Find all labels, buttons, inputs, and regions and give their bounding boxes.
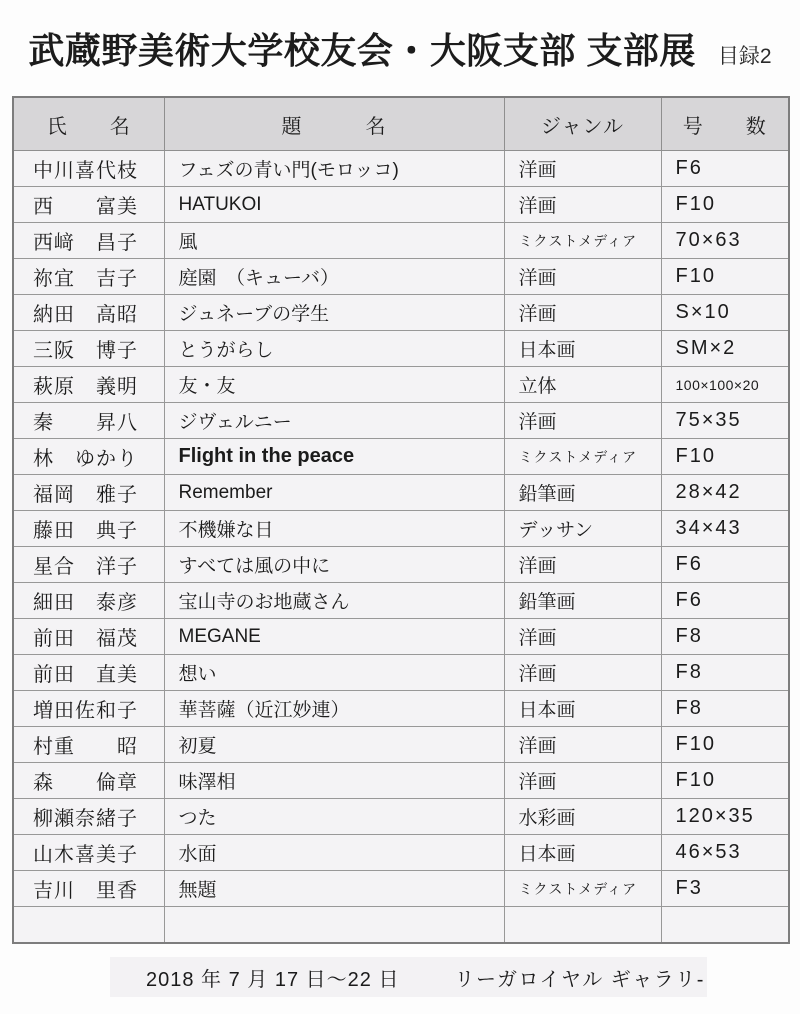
name-cell: 西 富美: [13, 187, 164, 223]
size-cell: F3: [661, 871, 789, 907]
genre-cell: 日本画: [504, 691, 661, 727]
size-cell: F8: [661, 619, 789, 655]
genre-cell: [504, 907, 661, 944]
title-cell: すべては風の中に: [164, 547, 504, 583]
table-row: 萩原 義明友・友立体100×100×20: [13, 367, 789, 403]
title-cell: ジヴェルニー: [164, 403, 504, 439]
name-cell: 中川喜代枝: [13, 151, 164, 187]
genre-cell: 洋画: [504, 187, 661, 223]
size-cell: F6: [661, 547, 789, 583]
table-row: 増田佐和子華菩薩（近江妙連）日本画F8: [13, 691, 789, 727]
name-cell: 前田 直美: [13, 655, 164, 691]
name-cell: [13, 907, 164, 944]
name-cell: 森 倫章: [13, 763, 164, 799]
title-cell: Remember: [164, 475, 504, 511]
title-cell: とうがらし: [164, 331, 504, 367]
title-cell: 不機嫌な日: [164, 511, 504, 547]
document-heading: 武蔵野美術大学校友会・大阪支部 支部展 目録2: [0, 0, 800, 75]
genre-cell: ミクストメディア: [504, 223, 661, 259]
title-cell: 水面: [164, 835, 504, 871]
size-cell: 120×35: [661, 799, 789, 835]
table-row: 吉川 里香無題ミクストメディアF3: [13, 871, 789, 907]
column-header-title: 題 名: [164, 97, 504, 151]
name-cell: 西﨑 昌子: [13, 223, 164, 259]
title-cell: 想い: [164, 655, 504, 691]
title-cell: 初夏: [164, 727, 504, 763]
title-cell: HATUKOI: [164, 187, 504, 223]
name-cell: 吉川 里香: [13, 871, 164, 907]
title-cell: 庭園 （キューバ）: [164, 259, 504, 295]
page-title: 武蔵野美術大学校友会・大阪支部 支部展: [28, 28, 696, 75]
title-cell: ジュネーブの学生: [164, 295, 504, 331]
name-cell: 前田 福茂: [13, 619, 164, 655]
size-cell: 28×42: [661, 475, 789, 511]
table-row: [13, 907, 789, 944]
title-cell: つた: [164, 799, 504, 835]
name-cell: 福岡 雅子: [13, 475, 164, 511]
table-row: 前田 直美想い洋画F8: [13, 655, 789, 691]
size-cell: 70×63: [661, 223, 789, 259]
table-row: 納田 高昭ジュネーブの学生洋画S×10: [13, 295, 789, 331]
name-cell: 藤田 典子: [13, 511, 164, 547]
genre-cell: 洋画: [504, 151, 661, 187]
exhibition-dates: 2018 年 7 月 17 日～22 日: [146, 963, 399, 992]
size-cell: F6: [661, 151, 789, 187]
genre-cell: 洋画: [504, 619, 661, 655]
size-cell: S×10: [661, 295, 789, 331]
size-cell: 34×43: [661, 511, 789, 547]
title-cell: 宝山寺のお地蔵さん: [164, 583, 504, 619]
genre-cell: ミクストメディア: [504, 871, 661, 907]
genre-cell: 日本画: [504, 835, 661, 871]
title-cell: 友・友: [164, 367, 504, 403]
title-cell: 味澤相: [164, 763, 504, 799]
name-cell: 三阪 博子: [13, 331, 164, 367]
table-row: 前田 福茂MEGANE洋画F8: [13, 619, 789, 655]
table-row: 柳瀬奈緒子つた水彩画120×35: [13, 799, 789, 835]
catalog-number-label: 目録2: [718, 40, 772, 75]
column-header-name: 氏 名: [13, 97, 164, 151]
table-row: 星合 洋子すべては風の中に洋画F6: [13, 547, 789, 583]
genre-cell: 洋画: [504, 727, 661, 763]
size-cell: F6: [661, 583, 789, 619]
exhibition-info: 2018 年 7 月 17 日～22 日 リーガロイヤル ギャラリ-: [110, 957, 707, 997]
size-cell: F8: [661, 691, 789, 727]
table-row: 祢宜 吉子庭園 （キューバ）洋画F10: [13, 259, 789, 295]
column-header-size: 号 数: [661, 97, 789, 151]
name-cell: 納田 高昭: [13, 295, 164, 331]
table-row: 村重 昭初夏洋画F10: [13, 727, 789, 763]
genre-cell: 鉛筆画: [504, 475, 661, 511]
name-cell: 萩原 義明: [13, 367, 164, 403]
catalog-page: 武蔵野美術大学校友会・大阪支部 支部展 目録2 氏 名 題 名 ジャンル 号 数…: [0, 0, 800, 1014]
genre-cell: 洋画: [504, 763, 661, 799]
title-cell: 風: [164, 223, 504, 259]
name-cell: 林 ゆかり: [13, 439, 164, 475]
size-cell: [661, 907, 789, 944]
artwork-table-body: 中川喜代枝フェズの青い門(モロッコ)洋画F6西 富美HATUKOI洋画F10西﨑…: [13, 151, 789, 944]
table-row: 秦 昇八ジヴェルニー洋画75×35: [13, 403, 789, 439]
table-row: 細田 泰彦宝山寺のお地蔵さん鉛筆画F6: [13, 583, 789, 619]
name-cell: 柳瀬奈緒子: [13, 799, 164, 835]
size-cell: F10: [661, 763, 789, 799]
table-row: 森 倫章味澤相洋画F10: [13, 763, 789, 799]
size-cell: 100×100×20: [661, 367, 789, 403]
size-cell: 46×53: [661, 835, 789, 871]
artwork-table: 氏 名 題 名 ジャンル 号 数 中川喜代枝フェズの青い門(モロッコ)洋画F6西…: [12, 96, 790, 944]
size-cell: F10: [661, 187, 789, 223]
name-cell: 山木喜美子: [13, 835, 164, 871]
genre-cell: 洋画: [504, 547, 661, 583]
size-cell: 75×35: [661, 403, 789, 439]
table-row: 西 富美HATUKOI洋画F10: [13, 187, 789, 223]
title-cell: MEGANE: [164, 619, 504, 655]
table-row: 藤田 典子不機嫌な日デッサン34×43: [13, 511, 789, 547]
table-row: 山木喜美子水面日本画46×53: [13, 835, 789, 871]
title-cell: [164, 907, 504, 944]
name-cell: 村重 昭: [13, 727, 164, 763]
table-row: 林 ゆかりFlight in the peaceミクストメディアF10: [13, 439, 789, 475]
genre-cell: 鉛筆画: [504, 583, 661, 619]
name-cell: 秦 昇八: [13, 403, 164, 439]
genre-cell: 洋画: [504, 403, 661, 439]
title-cell: 華菩薩（近江妙連）: [164, 691, 504, 727]
artwork-table-header: 氏 名 題 名 ジャンル 号 数: [13, 97, 789, 151]
header-row: 氏 名 題 名 ジャンル 号 数: [13, 97, 789, 151]
size-cell: F10: [661, 727, 789, 763]
table-row: 三阪 博子とうがらし日本画SM×2: [13, 331, 789, 367]
column-header-genre: ジャンル: [504, 97, 661, 151]
title-cell: Flight in the peace: [164, 439, 504, 475]
name-cell: 増田佐和子: [13, 691, 164, 727]
genre-cell: 洋画: [504, 259, 661, 295]
name-cell: 祢宜 吉子: [13, 259, 164, 295]
size-cell: F10: [661, 439, 789, 475]
size-cell: F8: [661, 655, 789, 691]
table-row: 中川喜代枝フェズの青い門(モロッコ)洋画F6: [13, 151, 789, 187]
size-cell: SM×2: [661, 331, 789, 367]
genre-cell: 立体: [504, 367, 661, 403]
table-row: 西﨑 昌子風ミクストメディア70×63: [13, 223, 789, 259]
genre-cell: 洋画: [504, 655, 661, 691]
exhibition-venue: リーガロイヤル ギャラリ-: [454, 963, 705, 992]
name-cell: 細田 泰彦: [13, 583, 164, 619]
title-cell: フェズの青い門(モロッコ): [164, 151, 504, 187]
genre-cell: 日本画: [504, 331, 661, 367]
genre-cell: 水彩画: [504, 799, 661, 835]
size-cell: F10: [661, 259, 789, 295]
name-cell: 星合 洋子: [13, 547, 164, 583]
genre-cell: ミクストメディア: [504, 439, 661, 475]
genre-cell: 洋画: [504, 295, 661, 331]
table-row: 福岡 雅子Remember鉛筆画28×42: [13, 475, 789, 511]
genre-cell: デッサン: [504, 511, 661, 547]
title-cell: 無題: [164, 871, 504, 907]
